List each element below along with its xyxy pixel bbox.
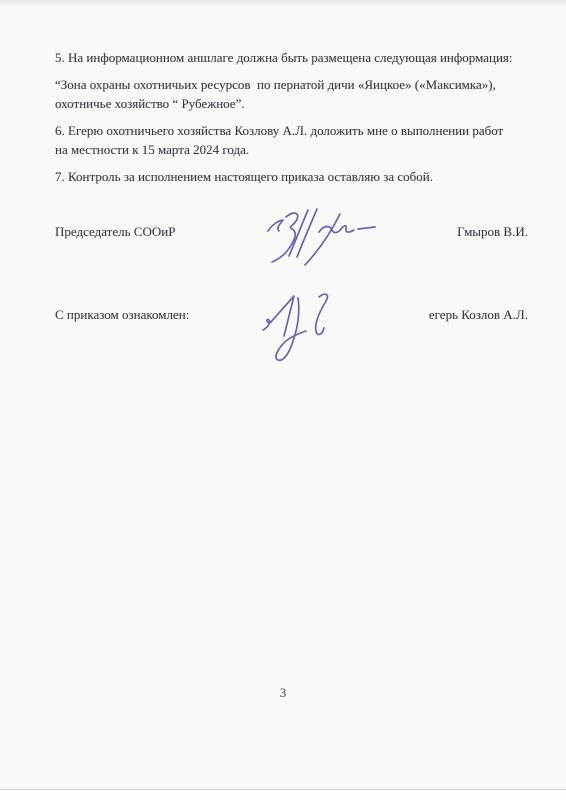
document-body: 5. На информационном аншлаге должна быть…: [55, 48, 517, 193]
chairman-name-label: Гмыров В.И.: [457, 224, 528, 240]
signature-row-ranger: С приказом ознакомлен: егерь Козлов А.Л.: [55, 307, 528, 323]
scanned-document-page: 5. На информационном аншлаге должна быть…: [0, 0, 566, 800]
page-number: 3: [0, 685, 566, 701]
paragraph-item-5: 5. На информационном аншлаге должна быть…: [55, 48, 517, 68]
paragraph-quote-sign-text: “Зона охраны охотничьих ресурсов по перн…: [55, 75, 517, 114]
acknowledged-label: С приказом ознакомлен:: [55, 307, 189, 323]
chairman-role-label: Председатель СООиР: [55, 224, 175, 240]
ranger-signature-icon: [259, 285, 351, 369]
signature-row-chairman: Председатель СООиР Гмыров В.И.: [55, 224, 528, 240]
ranger-name-label: егерь Козлов А.Л.: [429, 307, 528, 323]
paragraph-item-7: 7. Контроль за исполнением настоящего пр…: [55, 167, 517, 187]
paragraph-item-6: 6. Егерю охотничьего хозяйства Козлову А…: [55, 121, 517, 160]
